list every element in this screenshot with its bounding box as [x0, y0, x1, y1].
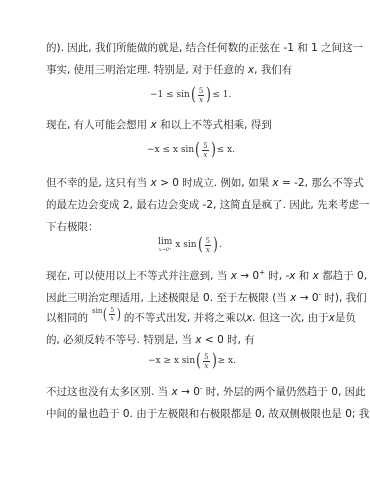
text: 但不幸的是, 这只有当: [46, 177, 151, 189]
numerator: 5: [109, 307, 115, 315]
text: 不过这也没有太多区别. 当: [46, 386, 172, 398]
eq-left: −1 ≤ sin: [150, 90, 190, 100]
left-paren: (: [191, 86, 196, 104]
text: 下右极限：: [46, 221, 99, 233]
eq-left: −x ≤ x sin: [147, 145, 194, 155]
left-paren: (: [196, 352, 201, 370]
eq-right: ≤ 1.: [212, 90, 231, 100]
text: 和: [295, 270, 312, 282]
right-paren: ): [212, 352, 217, 370]
text-line: 现在, 可以使用以上不等式并注意到, 当 x → 0+ 时, -x 和 x 都趋…: [46, 269, 367, 283]
text: 因此三明治定理适用, 上述极限是 0. 至于左极限 (当: [46, 292, 290, 304]
eq-body: x sin: [175, 240, 196, 250]
denominator: x: [110, 315, 113, 322]
numerator: 5: [202, 142, 208, 151]
text: 时, -: [265, 270, 289, 282]
left-paren: (: [195, 141, 200, 159]
eq-right: .: [219, 240, 222, 250]
text-line: 现在, 有人可能会想用 x 和以上不等式相乘, 得到: [46, 118, 272, 132]
display-equation: lim x→0⁺ x sin ( 5 x ) .: [158, 236, 222, 254]
text: 时, 外层的两个量仍然趋于 0, 因此: [202, 386, 365, 398]
numerator: 5: [203, 353, 209, 362]
display-equation: −x ≥ x sin ( 5 x ) ≥ x.: [148, 352, 236, 370]
text: 都趋于 0,: [319, 270, 367, 282]
text-line: 事实, 使用三明治定理. 特别是, 对于任意的 x, 我们有: [46, 63, 292, 77]
text: 的不等式出发, 并将之乘以: [124, 311, 246, 325]
fraction: 5 x: [198, 87, 204, 104]
right-paren: ): [213, 236, 218, 254]
denominator: x: [204, 362, 208, 370]
lim-text: lim: [158, 237, 172, 247]
fraction: 5 x: [109, 307, 115, 322]
text: 时), 我们: [321, 292, 367, 304]
fraction: 5 x: [205, 237, 211, 254]
text: 以相同的: [46, 311, 88, 325]
lim-subscript: x→0⁺: [159, 247, 172, 253]
text: 中间的量也趋于 0. 由于左极限和右极限都是 0, 故双侧极限也是 0; 我: [46, 408, 369, 420]
text: = -2, 那么不等式: [279, 177, 364, 189]
text: 的, 必须反转不等号. 特别是, 当: [46, 334, 195, 346]
text: 的最左边会变成 2, 最右边会变成 -2, 这简直是疯了. 因此, 先来考虑一: [46, 199, 370, 211]
eq-left: sin: [92, 304, 102, 318]
right-paren: ): [117, 305, 121, 323]
left-paren: (: [198, 236, 203, 254]
right-paren: ): [206, 86, 211, 104]
numerator: 5: [198, 87, 204, 96]
text: → 0: [296, 292, 318, 304]
text: 事实, 使用三明治定理. 特别是, 对于任意的: [46, 64, 248, 76]
text: 现在, 可以使用以上不等式并注意到, 当: [46, 270, 231, 282]
fraction: 5 x: [203, 353, 209, 370]
right-paren: ): [211, 141, 216, 159]
limit-operator: lim x→0⁺: [158, 237, 172, 253]
denominator: x: [206, 246, 210, 254]
eq-right: ≤ x.: [217, 145, 235, 155]
text: → 0: [178, 386, 200, 398]
text-line: 因此三明治定理适用, 上述极限是 0. 至于左极限 (当 x → 0- 时), …: [46, 291, 367, 305]
eq-right: ≥ x.: [218, 356, 236, 366]
text-line: 的). 因此, 我们所能做的就是, 结合任何数的正弦在 -1 和 1 之间这一: [46, 41, 363, 55]
text: 是负: [335, 311, 356, 325]
text-line: 不过这也没有太多区别. 当 x → 0- 时, 外层的两个量仍然趋于 0, 因此: [46, 385, 366, 399]
text: → 0: [237, 270, 259, 282]
display-equation: −x ≤ x sin ( 5 x ) ≤ x.: [147, 141, 235, 159]
text: > 0 时成立. 例如, 如果: [157, 177, 273, 189]
text-line: 但不幸的是, 这只有当 x > 0 时成立. 例如, 如果 x = -2, 那么…: [46, 176, 364, 190]
fraction: 5 x: [202, 142, 208, 159]
text-line: 的最左边会变成 2, 最右边会变成 -2, 这简直是疯了. 因此, 先来考虑一: [46, 198, 370, 212]
text: 现在, 有人可能会想用: [46, 119, 151, 131]
display-equation: −1 ≤ sin ( 5 x ) ≤ 1.: [150, 86, 231, 104]
numerator: 5: [205, 237, 211, 246]
text-line: 以相同的 sin ( 5 x ) 的不等式出发, 并将之乘以 x. 但这一次, …: [46, 311, 356, 325]
text: 和以上不等式相乘, 得到: [157, 119, 272, 131]
text: , 我们有: [254, 64, 292, 76]
eq-left: −x ≥ x sin: [148, 356, 195, 366]
text-line: 下右极限：: [46, 220, 99, 234]
left-paren: (: [103, 305, 107, 323]
text: < 0 时, 有: [202, 334, 255, 346]
text: . 但这一次, 由于: [252, 311, 328, 325]
denominator: x: [199, 96, 203, 104]
text-line: 中间的量也趋于 0. 由于左极限和右极限都是 0, 故双侧极限也是 0; 我: [46, 407, 369, 421]
denominator: x: [203, 151, 207, 159]
text: 的). 因此, 我们所能做的就是, 结合任何数的正弦在 -1 和 1 之间这一: [46, 42, 363, 54]
text-line: 的, 必须反转不等号. 特别是, 当 x < 0 时, 有: [46, 333, 255, 347]
inline-equation: sin ( 5 x ): [92, 305, 122, 323]
